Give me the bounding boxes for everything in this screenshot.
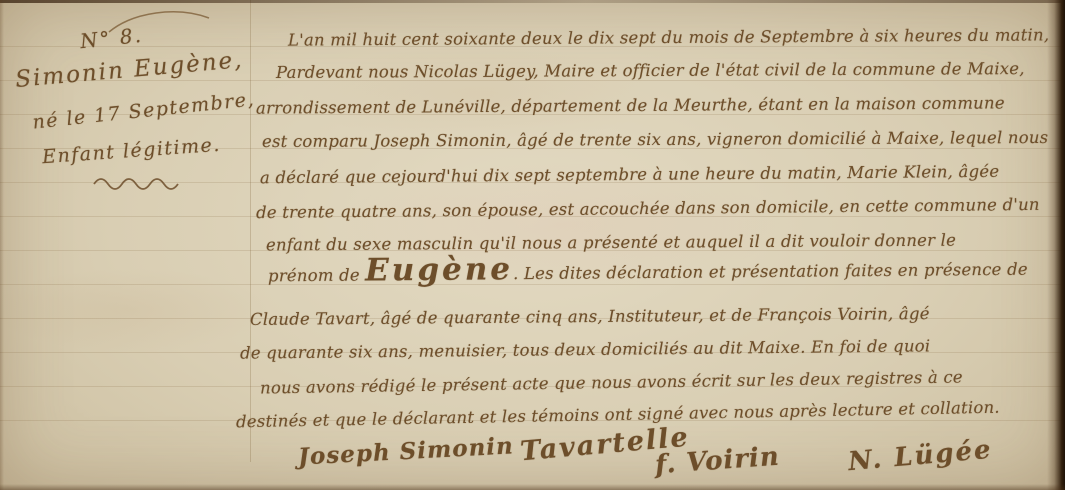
body-line-9: Claude Tavart, âgé de quarante cinq ans,…	[250, 304, 930, 329]
margin-rule-line	[250, 0, 251, 462]
body-line-11: nous avons rédigé le présent acte que no…	[260, 367, 963, 397]
name-line-suffix: . Les dites déclaration et présentation …	[513, 260, 1028, 283]
signature-mayor: N. Lügée	[847, 435, 994, 477]
body-line-5: a déclaré que cejourd'hui dix sept septe…	[260, 162, 999, 187]
name-line-prefix: prénom de	[268, 265, 365, 285]
body-line-8: prénom de Eugène. Les dites déclaration …	[268, 260, 1028, 286]
body-line-2: Pardevant nous Nicolas Lügey, Maire et o…	[276, 59, 1025, 82]
paper-edge-bottom	[0, 484, 1065, 490]
margin-legitimacy-note: Enfant légitime.	[41, 134, 221, 168]
body-line-12: destinés et que le déclarant et les témo…	[236, 398, 1000, 432]
paper-binding-edge	[1047, 0, 1065, 490]
register-page: N° 8. Simonin Eugène, né le 17 Septembre…	[0, 0, 1065, 490]
squiggle-flourish-icon	[92, 172, 192, 190]
margin-birth-date: né le 17 Septembre,	[31, 88, 256, 133]
body-line-1: L'an mil huit cent soixante deux le dix …	[288, 25, 1049, 49]
body-line-7: enfant du sexe masculin qu'il nous a pré…	[266, 231, 956, 255]
paper-edge-top	[0, 0, 1065, 3]
margin-child-name: Simonin Eugène,	[14, 47, 244, 93]
paper-edge-left	[0, 0, 4, 490]
given-name-highlight: Eugène	[365, 251, 513, 288]
body-line-4: est comparu Joseph Simonin, âgé de trent…	[262, 128, 1048, 151]
body-line-6: de trente quatre ans, son épouse, est ac…	[256, 195, 1040, 222]
signature-declarant: Joseph Simonin	[297, 432, 514, 470]
body-line-3: arrondissement de Lunéville, département…	[256, 93, 1005, 117]
body-line-10: de quarante six ans, menuisier, tous deu…	[240, 336, 931, 362]
margin-act-number: N° 8.	[79, 23, 144, 53]
